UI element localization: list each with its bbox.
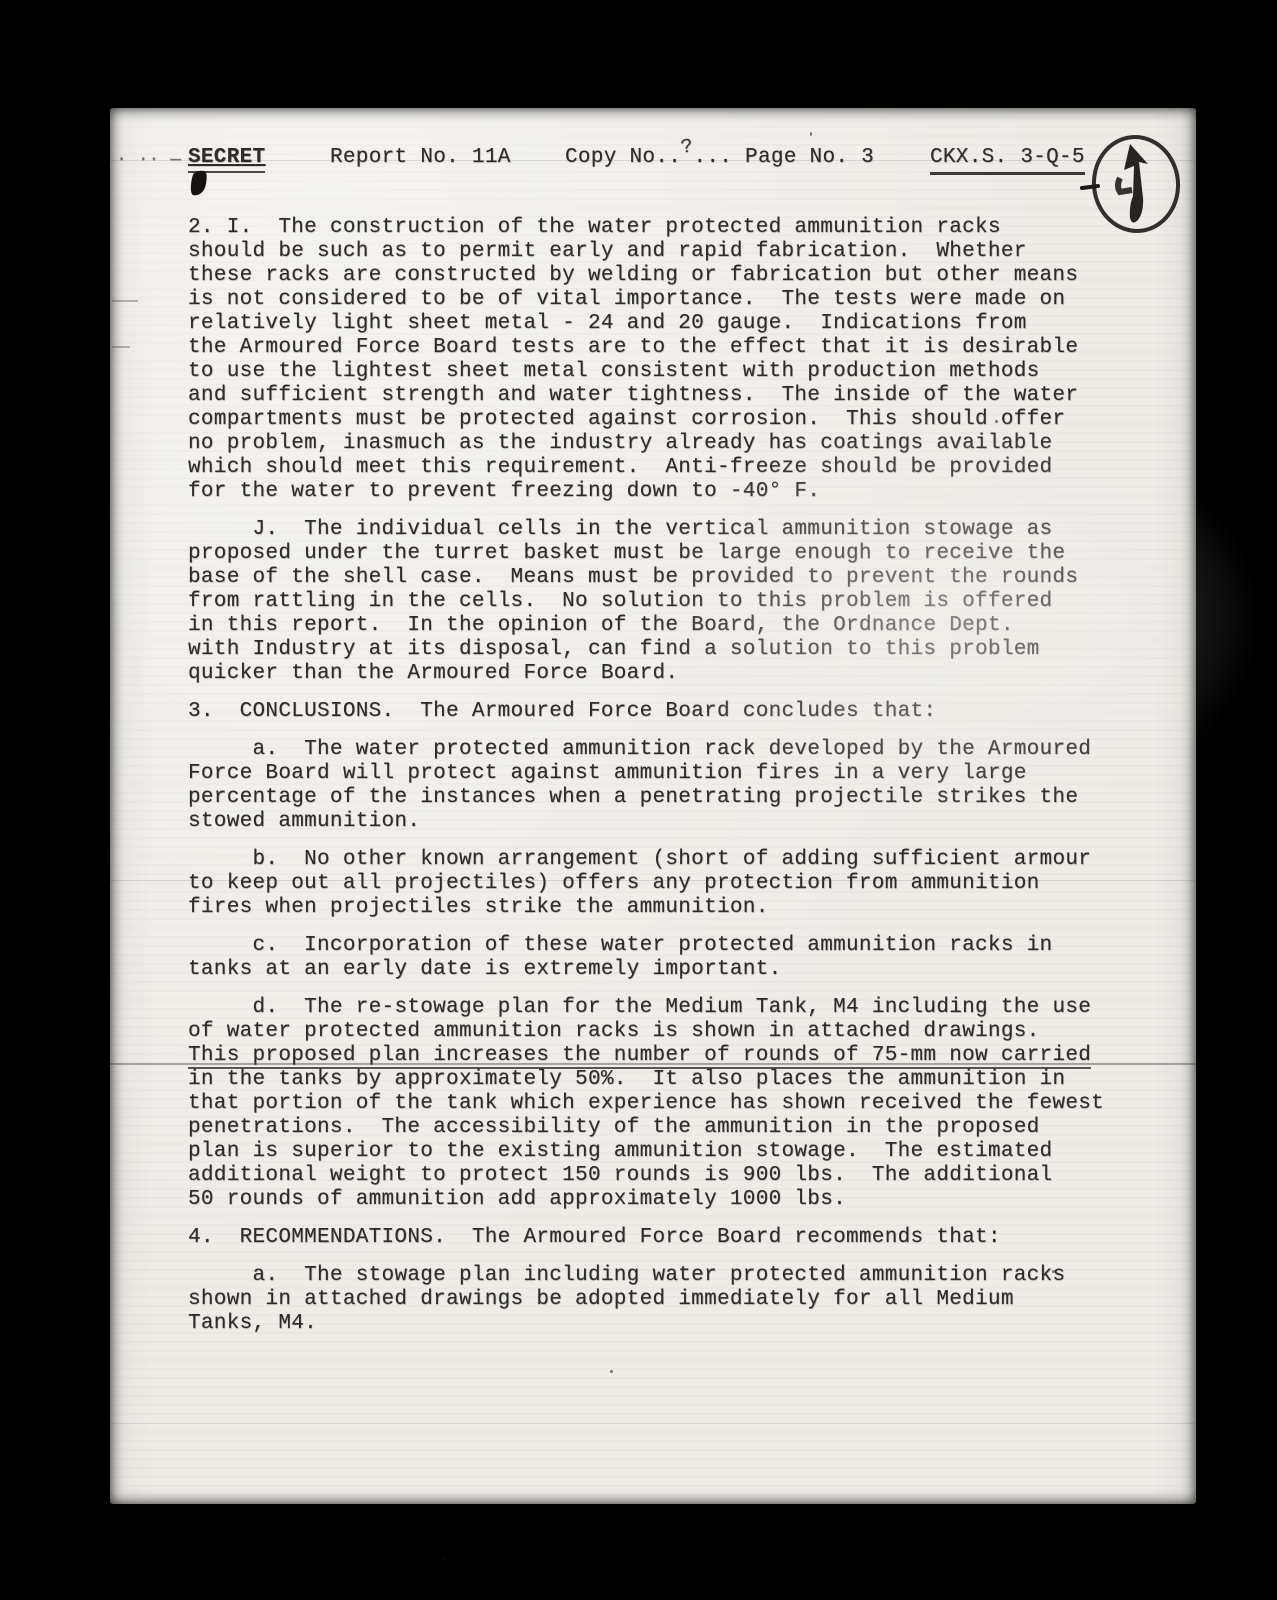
copy-number-prefix: Copy No.. <box>565 146 681 169</box>
paragraph-j: J. The individual cells in the vertical … <box>188 518 1120 686</box>
scan-speck <box>810 132 812 136</box>
document-paper: · ·· — SECRET Report No. 11A Copy No..?.… <box>110 108 1196 1504</box>
document-body: 2. I. The construction of the water prot… <box>188 216 1120 1350</box>
copy-number: Copy No..?... Page No. 3 <box>565 146 874 169</box>
paragraph-3-conclusions: 3. CONCLUSIONS. The Armoured Force Board… <box>188 700 1120 724</box>
copy-number-dots: ... <box>693 146 745 169</box>
paragraph-4-recommendations: 4. RECOMMENDATIONS. The Armoured Force B… <box>188 1226 1120 1250</box>
scan-speck <box>610 1370 613 1373</box>
paragraph-3d-underlined-line: This proposed plan increases the number … <box>188 1044 1091 1069</box>
scan-speck <box>1052 1270 1055 1273</box>
paragraph-3d-before: d. The re-stowage plan for the Medium Ta… <box>188 996 1091 1043</box>
scan-background: { "colors":{ "background":"#000000", "pa… <box>0 0 1277 1600</box>
paragraph-2i: 2. I. The construction of the water prot… <box>188 216 1120 504</box>
margin-marks: · ·· — <box>116 150 181 170</box>
paragraph-3b: b. No other known arrangement (short of … <box>188 848 1120 920</box>
scan-artifact-line <box>110 1423 1196 1424</box>
handwritten-question-mark: ? <box>680 135 695 159</box>
paragraph-4a: a. The stowage plan including water prot… <box>188 1264 1120 1336</box>
paragraph-3c: c. Incorporation of these water protecte… <box>188 934 1120 982</box>
paragraph-3d: d. The re-stowage plan for the Medium Ta… <box>188 996 1120 1212</box>
scan-speck <box>995 420 998 423</box>
classification-label: SECRET <box>188 146 265 173</box>
paragraph-3a: a. The water protected ammunition rack d… <box>188 738 1120 834</box>
document-header: SECRET Report No. 11A Copy No..?... Page… <box>188 146 1176 180</box>
report-number: Report No. 11A <box>330 146 511 169</box>
paragraph-3d-after: in the tanks by approximately 50%. It al… <box>188 1068 1104 1211</box>
scan-scratch <box>112 300 138 302</box>
scan-speck <box>442 1556 445 1559</box>
file-reference: CKX.S. 3-Q-5 <box>930 146 1085 175</box>
scan-scratch <box>112 346 130 348</box>
page-number: Page No. 3 <box>745 146 874 169</box>
